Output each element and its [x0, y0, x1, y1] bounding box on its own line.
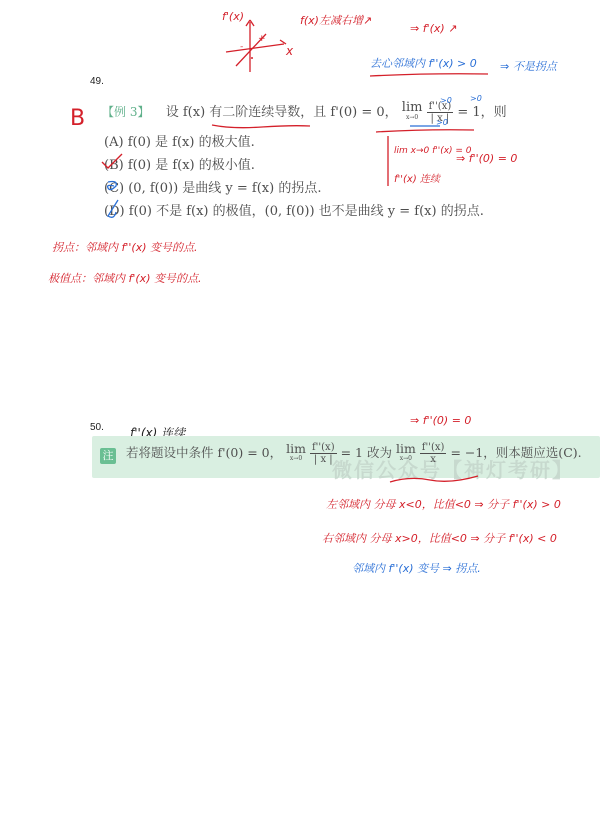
underline-red-limit: [376, 128, 476, 134]
option-text: f(0) 不是 f(x) 的极值，(0, f(0)) 也不是曲线 y = f(x…: [129, 204, 484, 219]
rhs-annotation: >0: [470, 94, 482, 103]
limit-1: lim x→0: [286, 444, 306, 464]
note-text: 若将题设中条件 f'(0) = 0， lim x→0 f''(x) | x | …: [126, 442, 582, 465]
example-label: 【例 3】: [102, 105, 149, 119]
answer-mark: B: [70, 106, 85, 131]
left-neighborhood-note: 去心邻域内 f''(x) > 0: [370, 55, 477, 71]
definition-inflection: 拐点：邻域内 f''(x) 变号的点.: [52, 239, 198, 255]
underline-blue-den: [410, 124, 442, 128]
side-note-continuous: f''(x) 连续: [394, 170, 440, 185]
axis-label-y: f'(x): [222, 10, 244, 23]
num-annotation: >0: [440, 96, 452, 105]
option-d: (D) f(0) 不是 f(x) 的极值，(0, f(0)) 也不是曲线 y =…: [104, 200, 484, 219]
frac-den: | x |: [310, 454, 337, 465]
brace: [384, 136, 394, 188]
analysis-right: 右邻域内 分母 x>0，比值<0 ⇒ 分子 f''(x) < 0: [322, 530, 557, 546]
note-prefix: 若将题设中条件 f'(0) = 0，: [126, 445, 282, 460]
side-note-conclusion: ⇒ f''(0) = 0: [456, 152, 517, 165]
frac-num: f''(x): [420, 442, 447, 454]
fraction-1: f''(x) | x |: [310, 442, 337, 465]
question-number-49: 49.: [90, 76, 104, 87]
option-text: (0, f(0)) 是曲线 y = f(x) 的拐点.: [128, 181, 321, 196]
option-key: (A): [104, 135, 124, 150]
frac-num: f''(x): [310, 442, 337, 454]
definition-extremum: 极值点：邻域内 f'(x) 变号的点.: [48, 270, 201, 286]
option-c: (C) (0, f(0)) 是曲线 y = f(x) 的拐点.: [104, 177, 321, 196]
underline-red-note: [390, 474, 480, 484]
analysis-conclusion: 邻域内 f''(x) 变号 ⇒ 拐点.: [352, 560, 481, 576]
question-number-50: 50.: [90, 422, 104, 433]
stem-prefix: 设 f(x) 有二阶连续导数，且 f'(0) = 0，: [166, 105, 398, 120]
stem-suffix: = 1，则: [457, 105, 506, 120]
checkmark-icon: [100, 152, 124, 172]
option-text: f(0) 是 f(x) 的极小值.: [128, 158, 255, 173]
plus-sign: +: [258, 34, 266, 44]
option-b: (B) f(0) 是 f(x) 的极小值.: [104, 154, 255, 173]
not-inflection-note: ⇒ 不是拐点: [500, 58, 557, 74]
minus-sign: -: [240, 42, 243, 52]
analysis-left: 左邻域内 分母 x<0，比值<0 ⇒ 分子 f''(x) > 0: [326, 496, 561, 512]
increasing-note: f(x)左减右增↗: [300, 12, 372, 28]
arrow-note: ⇒ f'(x) ↗: [410, 22, 457, 35]
limit-2: lim x→0: [396, 444, 416, 464]
fraction-2: f''(x) x: [420, 442, 447, 465]
cross-out-c-icon: [104, 176, 122, 196]
cross-out-d-icon: [104, 198, 122, 220]
underline-red-stem: [212, 122, 312, 130]
axis-label-x: x: [286, 44, 293, 58]
underline-red-top: [370, 72, 490, 78]
option-text: f(0) 是 f(x) 的极大值.: [128, 135, 255, 150]
note-box: 微信公众号【神灯考研】 注 若将题设中条件 f'(0) = 0， lim x→0…: [92, 436, 600, 478]
option-a: (A) f(0) 是 f(x) 的极大值.: [104, 131, 255, 150]
limit: lim x→0: [402, 103, 423, 123]
note-tag: 注: [100, 448, 116, 464]
note-suffix: = −1，则本题应选(C).: [450, 445, 581, 460]
frac-den: x: [420, 454, 447, 465]
handwritten-f2-zero: ⇒ f''(0) = 0: [410, 414, 471, 427]
note-mid: = 1 改为: [341, 445, 392, 460]
